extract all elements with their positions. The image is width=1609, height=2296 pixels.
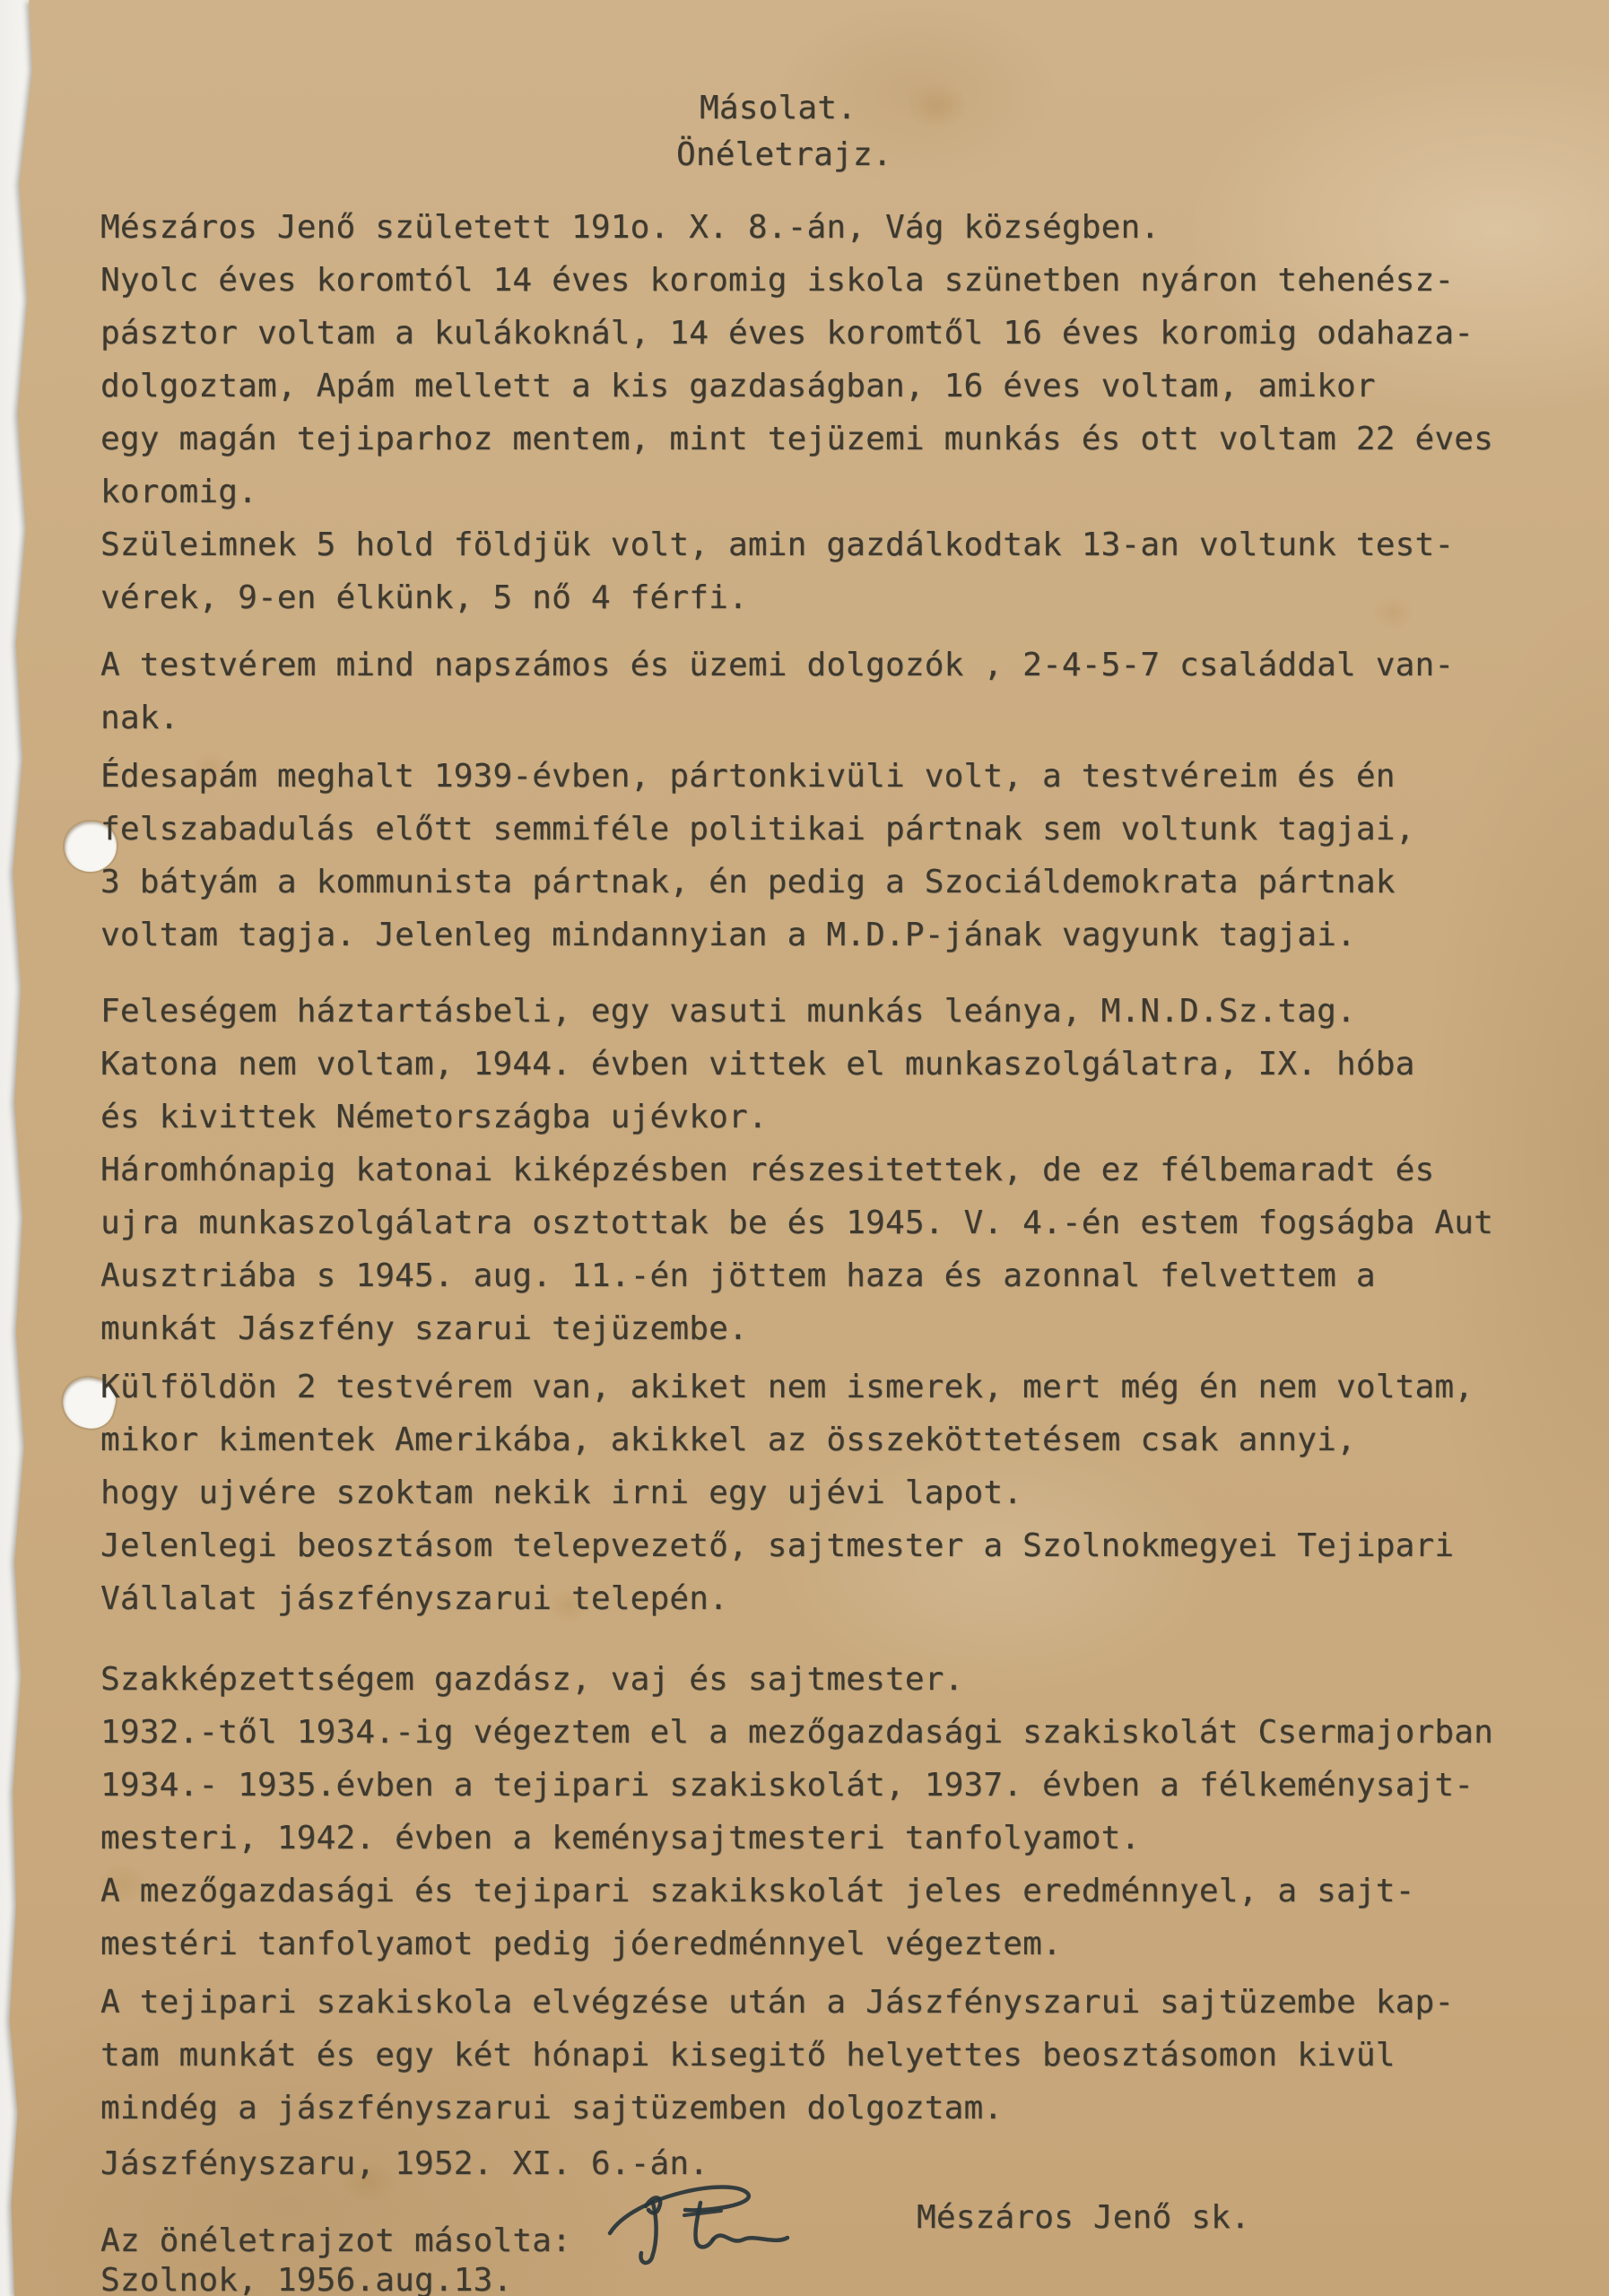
text-line: dolgoztam, Apám mellett a kis gazdaságba…	[100, 360, 1571, 413]
text-line: 1934.- 1935.évben a tejipari szakiskolát…	[100, 1759, 1571, 1812]
text-line: egy magán tejiparhoz mentem, mint tejüze…	[100, 413, 1571, 465]
text-line: hogy ujvére szoktam nekik irni egy ujévi…	[100, 1466, 1571, 1519]
text-line: mindég a jászfényszarui sajtüzemben dolg…	[100, 2082, 1571, 2135]
text-line: Jelenlegi beosztásom telepvezető, sajtme…	[100, 1519, 1571, 1572]
doc-title: Önéletrajz.	[676, 136, 892, 173]
text-line: pásztor voltam a kulákoknál, 14 éves kor…	[100, 307, 1571, 360]
text-line: 1932.-től 1934.-ig végeztem el a mezőgaz…	[100, 1706, 1571, 1759]
text-line: voltam tagja. Jelenleg mindannyian a M.D…	[100, 909, 1571, 961]
paragraph: Feleségem háztartásbeli, egy vasuti munk…	[100, 985, 1571, 1355]
paragraph: Szakképzettségem gazdász, vaj és sajtmes…	[100, 1653, 1571, 1970]
text-line: felszabadulás előtt semmiféle politikai …	[100, 803, 1571, 856]
handwritten-signature-icon	[599, 2174, 805, 2273]
paragraph: Mészáros Jenő született 191o. X. 8.-án, …	[100, 201, 1571, 624]
copied-by-line: Az önéletrajzot másolta:	[100, 2222, 571, 2259]
document-body: Mészáros Jenő született 191o. X. 8.-án, …	[100, 201, 1571, 2140]
text-line: mesteri, 1942. évben a keménysajtmesteri…	[100, 1812, 1571, 1865]
text-line: ujra munkaszolgálatra osztottak be és 19…	[100, 1196, 1571, 1249]
text-line: vérek, 9-en élkünk, 5 nő 4 férfi.	[100, 571, 1571, 624]
text-line: Vállalat jászfényszarui telepén.	[100, 1572, 1571, 1625]
text-line: munkát Jászfény szarui tejüzembe.	[100, 1302, 1571, 1355]
paragraph: A tejipari szakiskola elvégzése után a J…	[100, 1976, 1571, 2135]
doc-copy-label: Másolat.	[700, 90, 857, 126]
scan-background: Másolat. Önéletrajz. Mészáros Jenő szüle…	[0, 0, 1609, 2296]
text-line: nak.	[100, 691, 1571, 744]
text-line: Feleségem háztartásbeli, egy vasuti munk…	[100, 985, 1571, 1038]
text-line: A mezőgazdasági és tejipari szakikskolát…	[100, 1865, 1571, 1918]
text-line: A testvérem mind napszámos és üzemi dolg…	[100, 639, 1571, 691]
text-line: tam munkát és egy két hónapi kisegitő he…	[100, 2029, 1571, 2082]
text-line: Háromhónapig katonai kiképzésben részesi…	[100, 1144, 1571, 1196]
text-line: A tejipari szakiskola elvégzése után a J…	[100, 1976, 1571, 2029]
text-line: Szakképzettségem gazdász, vaj és sajtmes…	[100, 1653, 1571, 1706]
paragraph: Külföldön 2 testvérem van, akiket nem is…	[100, 1361, 1571, 1625]
text-line: és kivittek Németországba ujévkor.	[100, 1091, 1571, 1144]
paragraph: Édesapám meghalt 1939-évben, pártonkivül…	[100, 750, 1571, 961]
text-line: Szüleimnek 5 hold földjük volt, amin gaz…	[100, 518, 1571, 571]
copy-place-date-line: Szolnok, 1956.aug.13.	[100, 2262, 512, 2296]
paper-stain	[906, 83, 969, 129]
text-line: 3 bátyám a kommunista pártnak, én pedig …	[100, 856, 1571, 909]
text-line: mestéri tanfolyamot pedig jóeredménnyel …	[100, 1918, 1571, 1970]
text-line: Katona nem voltam, 1944. évben vittek el…	[100, 1038, 1571, 1091]
text-line: mikor kimentek Amerikába, akikkel az öss…	[100, 1413, 1571, 1466]
text-line: Édesapám meghalt 1939-évben, pártonkivül…	[100, 750, 1571, 803]
paper-wrap: Másolat. Önéletrajz. Mészáros Jenő szüle…	[0, 0, 1609, 2296]
signatory-name: Mészáros Jenő sk.	[917, 2199, 1250, 2236]
text-line: Mészáros Jenő született 191o. X. 8.-án, …	[100, 201, 1571, 254]
text-line: Külföldön 2 testvérem van, akiket nem is…	[100, 1361, 1571, 1413]
document-page: Másolat. Önéletrajz. Mészáros Jenő szüle…	[0, 0, 1609, 2296]
paragraph: A testvérem mind napszámos és üzemi dolg…	[100, 639, 1571, 744]
text-line: Ausztriába s 1945. aug. 11.-én jöttem ha…	[100, 1249, 1571, 1302]
text-line: koromig.	[100, 465, 1571, 518]
text-line: Nyolc éves koromtól 14 éves koromig isko…	[100, 254, 1571, 307]
